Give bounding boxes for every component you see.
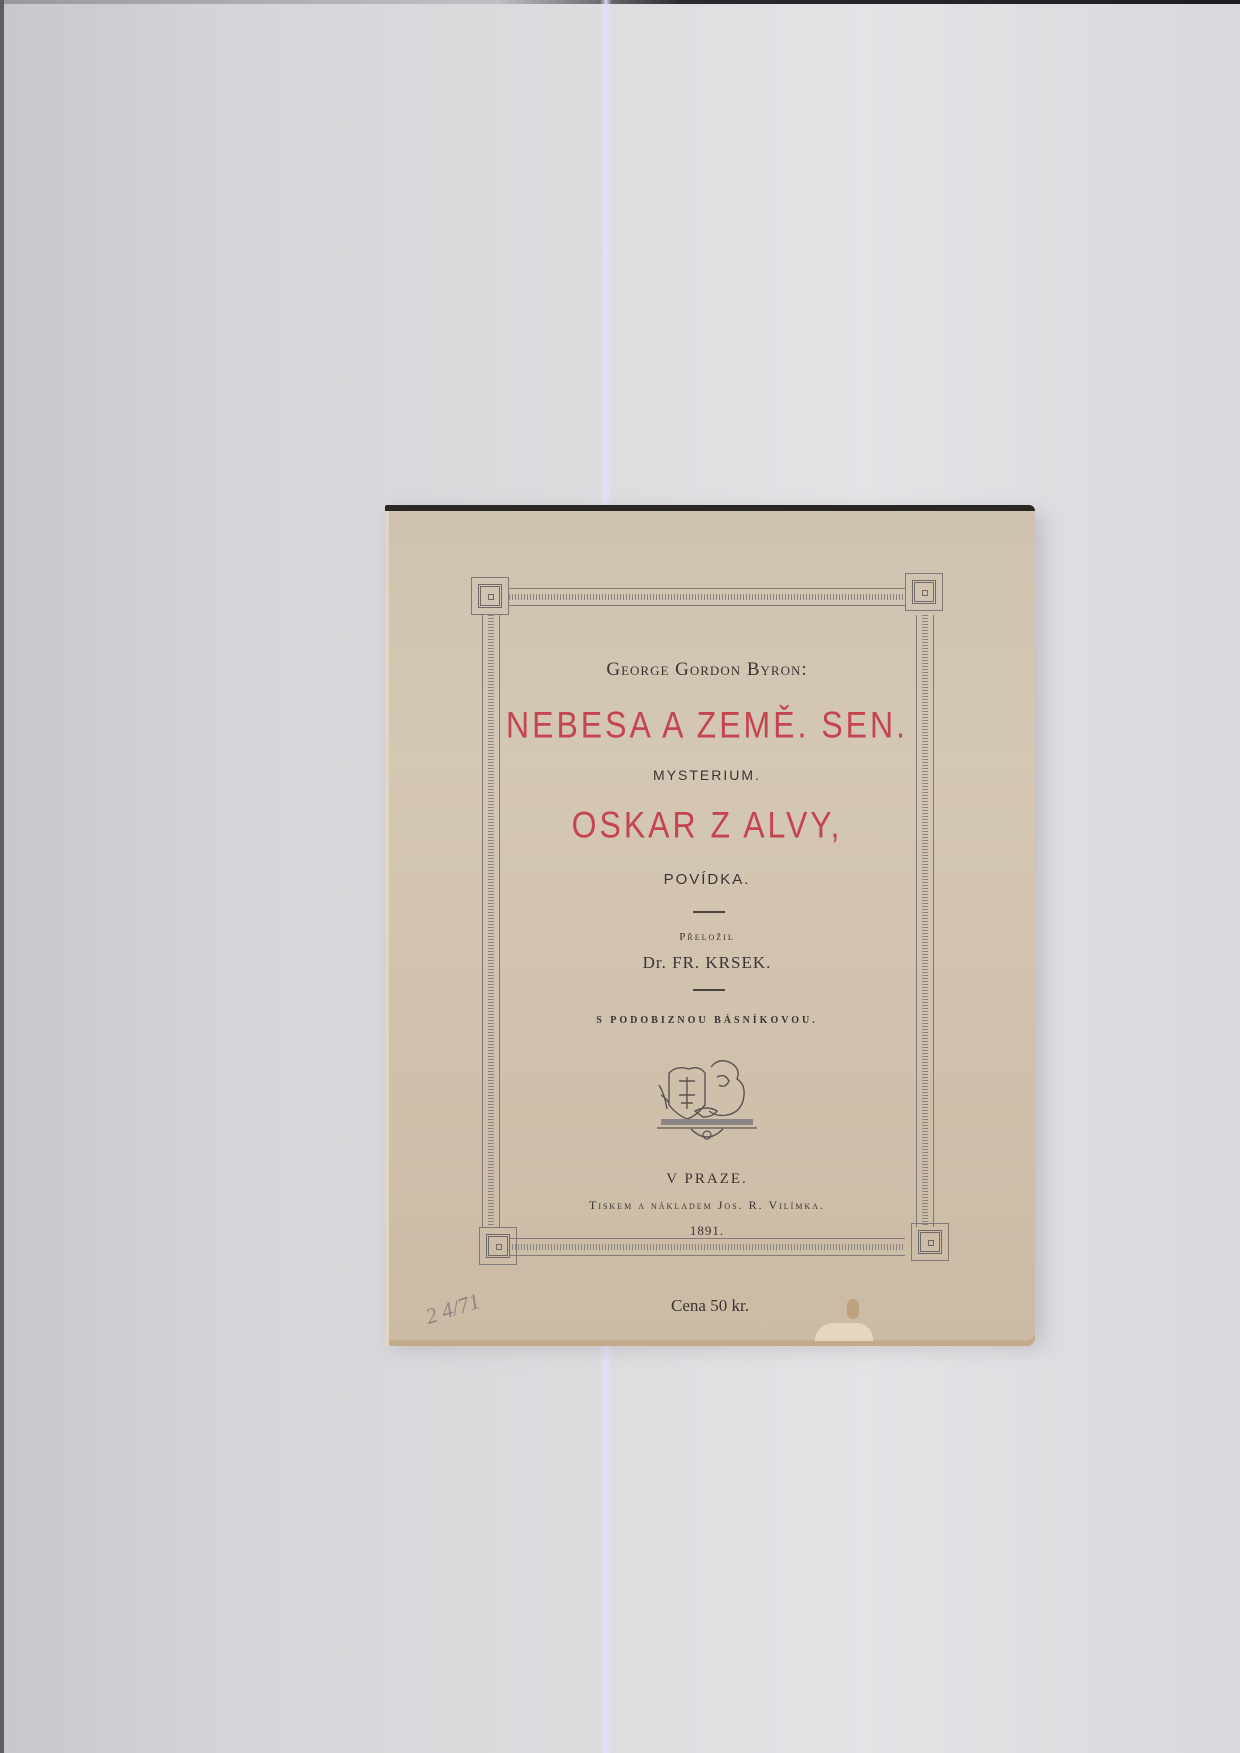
portrait-note: S PODOBIZNOU BÁSNÍKOVOU. [471, 1015, 943, 1026]
publication-place: V PRAZE. [471, 1171, 943, 1188]
title-page-content: George Gordon Byron: NEBESA A ZEMĚ. SEN.… [471, 577, 943, 1265]
translated-by-label: Přeložil [471, 931, 943, 943]
paper-tear [815, 1323, 873, 1341]
book-cover: George Gordon Byron: NEBESA A ZEMĚ. SEN.… [385, 505, 1035, 1346]
paper-stain [847, 1299, 859, 1319]
scan-edge-left [0, 0, 4, 1753]
publisher-emblem-icon [655, 1055, 759, 1145]
divider-rule [693, 911, 725, 913]
primary-title: NEBESA A ZEMĚ. SEN. [471, 704, 943, 747]
publisher-line: Tiskem a nákladem Jos. R. Vilímka. [471, 1198, 943, 1213]
secondary-subtitle: POVÍDKA. [471, 871, 943, 888]
handwritten-note: 2 4/71 [422, 1288, 483, 1330]
primary-subtitle: MYSTERIUM. [471, 767, 943, 783]
translator-name: Dr. FR. KRSEK. [471, 953, 943, 973]
author-name: George Gordon Byron: [471, 659, 943, 681]
divider-rule [693, 989, 725, 991]
secondary-title: OSKAR Z ALVY, [471, 804, 943, 847]
publication-year: 1891. [471, 1223, 943, 1239]
scan-edge-top [0, 0, 1240, 4]
